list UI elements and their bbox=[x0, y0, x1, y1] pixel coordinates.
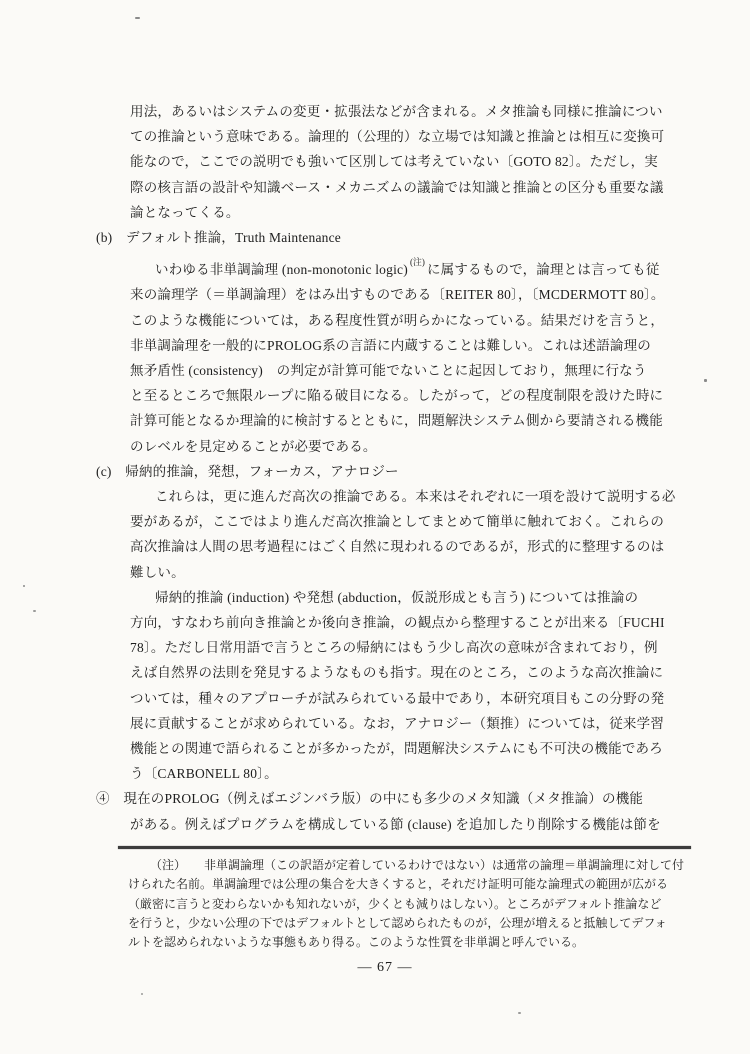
text-line: 論となってくる。 bbox=[130, 200, 675, 225]
footnote-marker: (注) bbox=[410, 257, 425, 267]
text-line: 際の核言語の設計や知識ベース・メカニズムの議論では知識と推論との区分も重要な議 bbox=[130, 175, 675, 200]
text-line: ついては，種々のアプローチが試みられている最中であり，本研究項目もこの分野の発 bbox=[130, 686, 675, 711]
text-line: がある。例えばプログラムを構成している節 (clause) を追加したり削除する… bbox=[130, 812, 675, 837]
text-line: ての推論という意味である。論理的（公理的）な立場では知識と推論とは相互に変換可 bbox=[130, 124, 675, 149]
footnote-line: （注） 非単調論理（この訳語が定着しているわけではない）は通常の論理＝単調論理に… bbox=[150, 856, 673, 875]
text-line-with-footnote-mark: いわゆる非単調論理 (non-monotonic logic)(注)に属するもの… bbox=[130, 250, 675, 282]
text-line: 機能との関連で語られることが多かったが，問題解決システムにも不可決の機能であろ bbox=[130, 736, 675, 761]
scan-speck bbox=[141, 993, 143, 995]
text-line: 用法，あるいはシステムの変更・拡張法などが含まれる。メタ推論も同様に推論につい bbox=[130, 99, 675, 124]
text-line: 難しい。 bbox=[130, 560, 675, 585]
scan-speck bbox=[135, 17, 140, 19]
scan-speck bbox=[33, 610, 36, 612]
footnote-line: けられた名前。単調論理では公理の集合を大きくすると，それだけ証明可能な論理式の範… bbox=[128, 875, 673, 894]
footnote-separator bbox=[118, 846, 691, 849]
text-line: 帰納的推論 (induction) や発想 (abduction，仮説形成とも言… bbox=[130, 585, 675, 610]
text-line: 方向，すなわち前向き推論とか後向き推論，の観点から整理することが出来る〔FUCH… bbox=[130, 610, 675, 635]
text-line: 能なので，ここでの説明でも強いて区別しては考えていない〔GOTO 82〕。ただし… bbox=[130, 149, 675, 174]
footnote-line: （厳密に言うと変わらないかも知れないが，少くとも減りはしない）。ところがデフォル… bbox=[128, 895, 673, 914]
footnote-line: ルトを認められないような事態もあり得る。このような性質を非単調と呼んでいる。 bbox=[128, 933, 673, 952]
scan-speck bbox=[704, 379, 707, 382]
footnote-line: を行うと，少ない公理の下ではデフォルトとして認められたものが，公理が増えると抵触… bbox=[128, 914, 673, 933]
text-line: 非単調論理を一般的にPROLOG系の言語に内蔵することは難しい。これは述語論理の bbox=[130, 333, 675, 358]
text-line: これらは，更に進んだ高次の推論である。本来はそれぞれに一項を設けて説明する必 bbox=[130, 484, 675, 509]
body-text: 用法，あるいはシステムの変更・拡張法などが含まれる。メタ推論も同様に推論につい … bbox=[130, 99, 675, 837]
text-line: 無矛盾性 (consistency) の判定が計算可能でないことに起因しており，… bbox=[130, 358, 675, 383]
line-segment: に属するもので，論理とは言っても従 bbox=[427, 262, 660, 277]
text-line: えば自然界の法則を発見するようなものも指す。現在のところ，このような高次推論に bbox=[130, 660, 675, 685]
text-line: このような機能については，ある程度性質が明らかになっている。結果だけを言うと， bbox=[130, 308, 675, 333]
text-line: 計算可能となるか理論的に検討するとともに，問題解決システム側から要請される機能 bbox=[130, 408, 675, 433]
section-heading-b: (b) デフォルト推論，Truth Maintenance bbox=[96, 225, 675, 250]
footnote: （注） 非単調論理（この訳語が定着しているわけではない）は通常の論理＝単調論理に… bbox=[128, 856, 673, 952]
text-line: 来の論理学（＝単調論理）をはみ出すものである〔REITER 80〕，〔MCDER… bbox=[130, 282, 675, 307]
line-segment: いわゆる非単調論理 (non-monotonic logic) bbox=[155, 262, 408, 277]
text-line: のレベルを見定めることが必要である。 bbox=[130, 434, 675, 459]
text-line: 展に貢献することが求められている。なお，アナロジー（類推）については，従来学習 bbox=[130, 711, 675, 736]
text-line: と至るところで無限ループに陥る破目になる。したがって，どの程度制限を設けた時に bbox=[130, 383, 675, 408]
section-heading-c: (c) 帰納的推論，発想，フォーカス，アナロジー bbox=[96, 459, 675, 484]
text-line: う〔CARBONELL 80〕。 bbox=[130, 761, 675, 786]
section-item-4: ④ 現在のPROLOG（例えばエジンバラ版）の中にも多少のメタ知識（メタ推論）の… bbox=[96, 786, 675, 811]
text-line: 高次推論は人間の思考過程にはごく自然に現われるのであるが，形式的に整理するのは bbox=[130, 534, 675, 559]
scan-speck bbox=[23, 585, 25, 587]
text-line: 要があるが，ここではより進んだ高次推論としてまとめて簡単に触れておく。これらの bbox=[130, 509, 675, 534]
page-number: — 67 — bbox=[10, 960, 750, 976]
scanned-document-page: 用法，あるいはシステムの変更・拡張法などが含まれる。メタ推論も同様に推論につい … bbox=[0, 0, 750, 1054]
text-line: 78〕。ただし日常用語で言うところの帰納にはもう少し高次の意味が含まれており，例 bbox=[130, 635, 675, 660]
scan-speck bbox=[518, 1012, 521, 1014]
